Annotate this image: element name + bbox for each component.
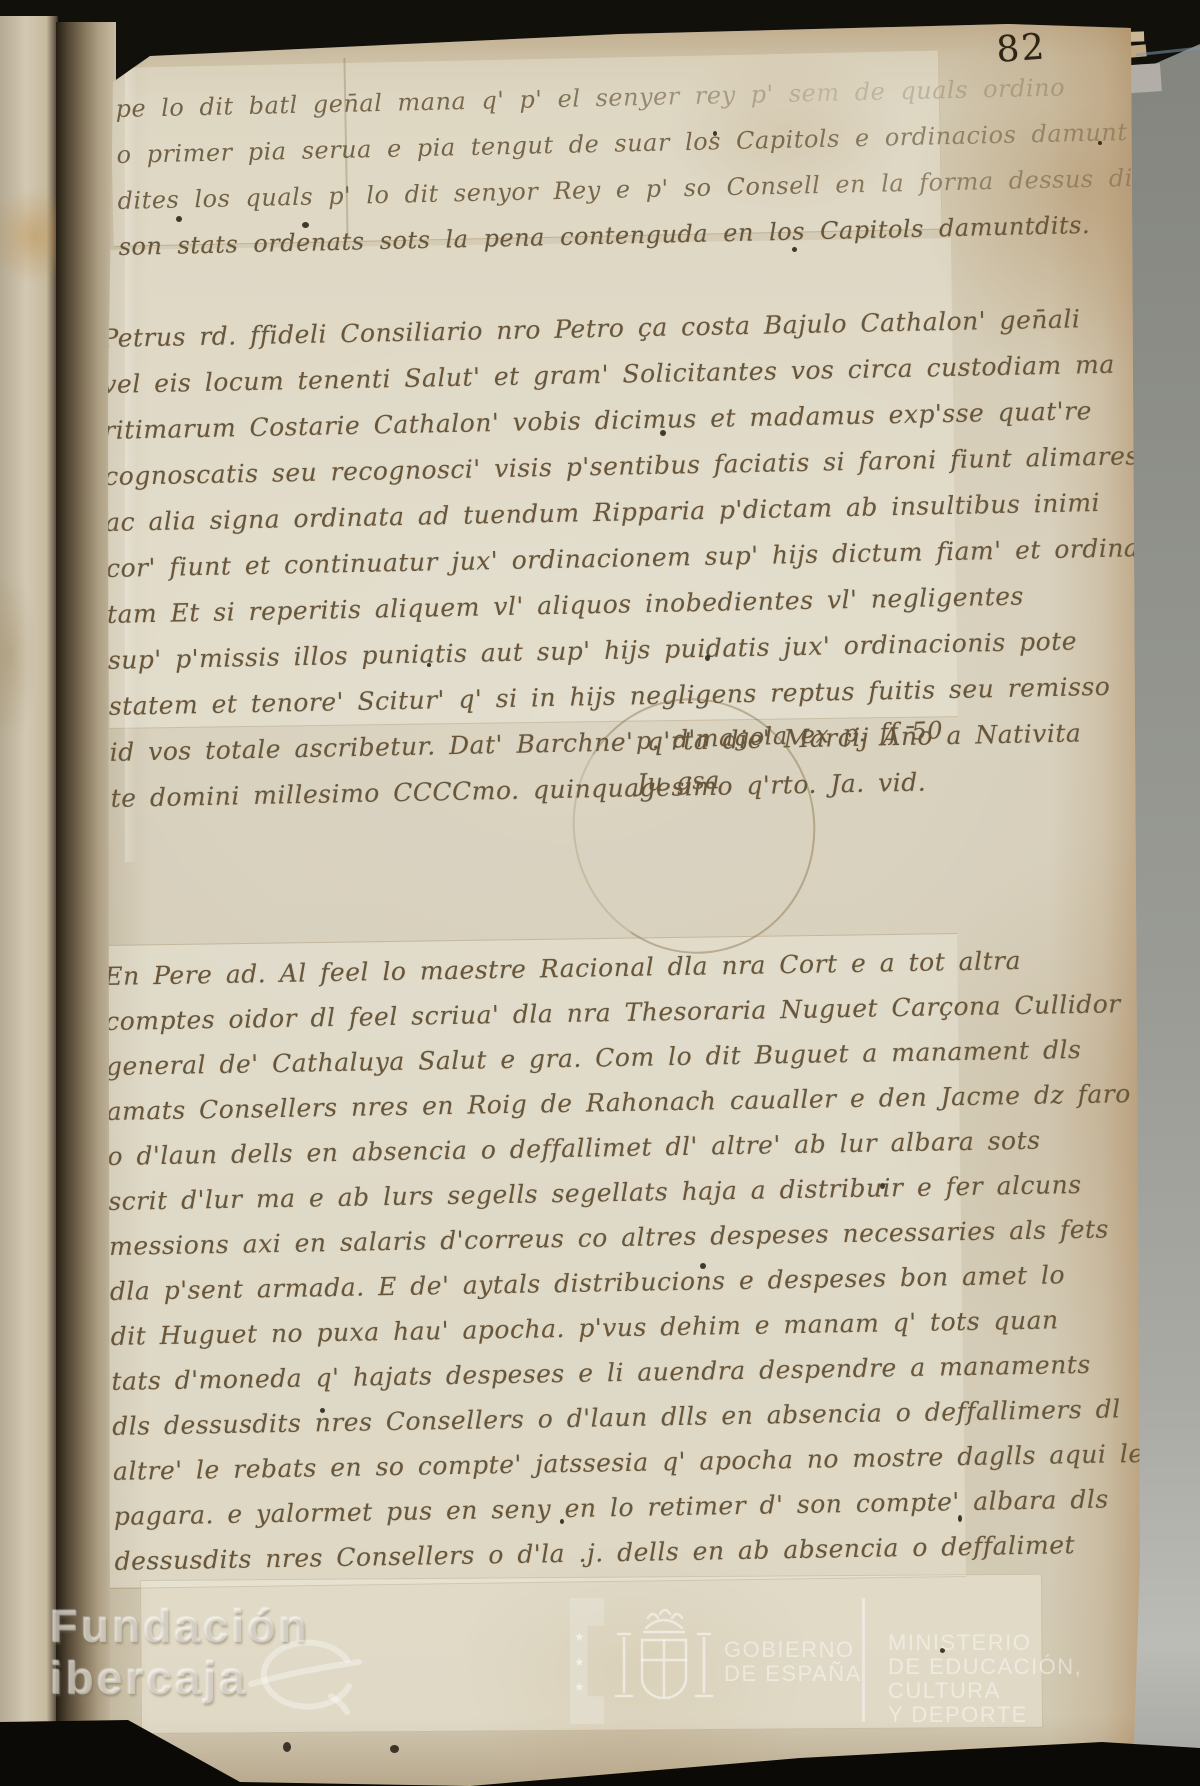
watermark-text: GOBIERNO (724, 1638, 862, 1662)
previous-page-edge (0, 16, 58, 1776)
ministerio-watermark: MINISTERIO DE EDUCACIÓN, CULTURA Y DEPOR… (888, 1631, 1200, 1727)
ink-speck (320, 1408, 325, 1413)
ink-speck (560, 1519, 564, 1524)
chancery-signature: p. d'magola ex p. ff 50 Ju gsa (635, 709, 945, 804)
ink-speck (427, 663, 431, 667)
ink-speck (176, 216, 182, 222)
star-icon: ★ (574, 1630, 585, 1644)
ink-speck (302, 222, 309, 228)
ink-speck (700, 1263, 706, 1269)
ink-speck (958, 1515, 962, 1522)
ink-speck (1098, 141, 1102, 145)
manuscript-scan: 82 pe lo dit batl gen̄al mana q' p' el s… (0, 0, 1200, 1786)
ink-speck (283, 1742, 291, 1752)
ink-speck (390, 1745, 399, 1753)
watermark-text: Y DEPORTE (888, 1703, 1200, 1727)
watermark-text: DE EDUCACIÓN, CULTURA (888, 1655, 1200, 1703)
star-icon: ★ (574, 1655, 585, 1669)
ink-speck (660, 430, 666, 436)
watermark-divider-line (862, 1598, 865, 1722)
ibercaja-logo-icon (235, 1630, 365, 1720)
star-icon: ★ (574, 1680, 585, 1694)
manuscript-page: 82 pe lo dit batl gen̄al mana q' p' el s… (95, 20, 1145, 1786)
binding-gutter-shadow (56, 22, 116, 1774)
spain-coat-of-arms-icon (612, 1606, 716, 1722)
ink-speck (705, 655, 710, 661)
gobierno-de-espana-watermark: GOBIERNO DE ESPAÑA (724, 1638, 862, 1686)
ink-speck (713, 131, 717, 136)
ink-speck (880, 1183, 885, 1189)
watermark-text: MINISTERIO (888, 1631, 1200, 1655)
paragraph-catalan-letter: En Pere ad. Al feel lo maestre Racional … (104, 936, 1159, 1584)
ink-speck (792, 247, 797, 252)
watermark-text: DE ESPAÑA (724, 1662, 862, 1686)
paragraph-catalan-order: pe lo dit batl gen̄al mana q' p' el seny… (115, 62, 1159, 270)
